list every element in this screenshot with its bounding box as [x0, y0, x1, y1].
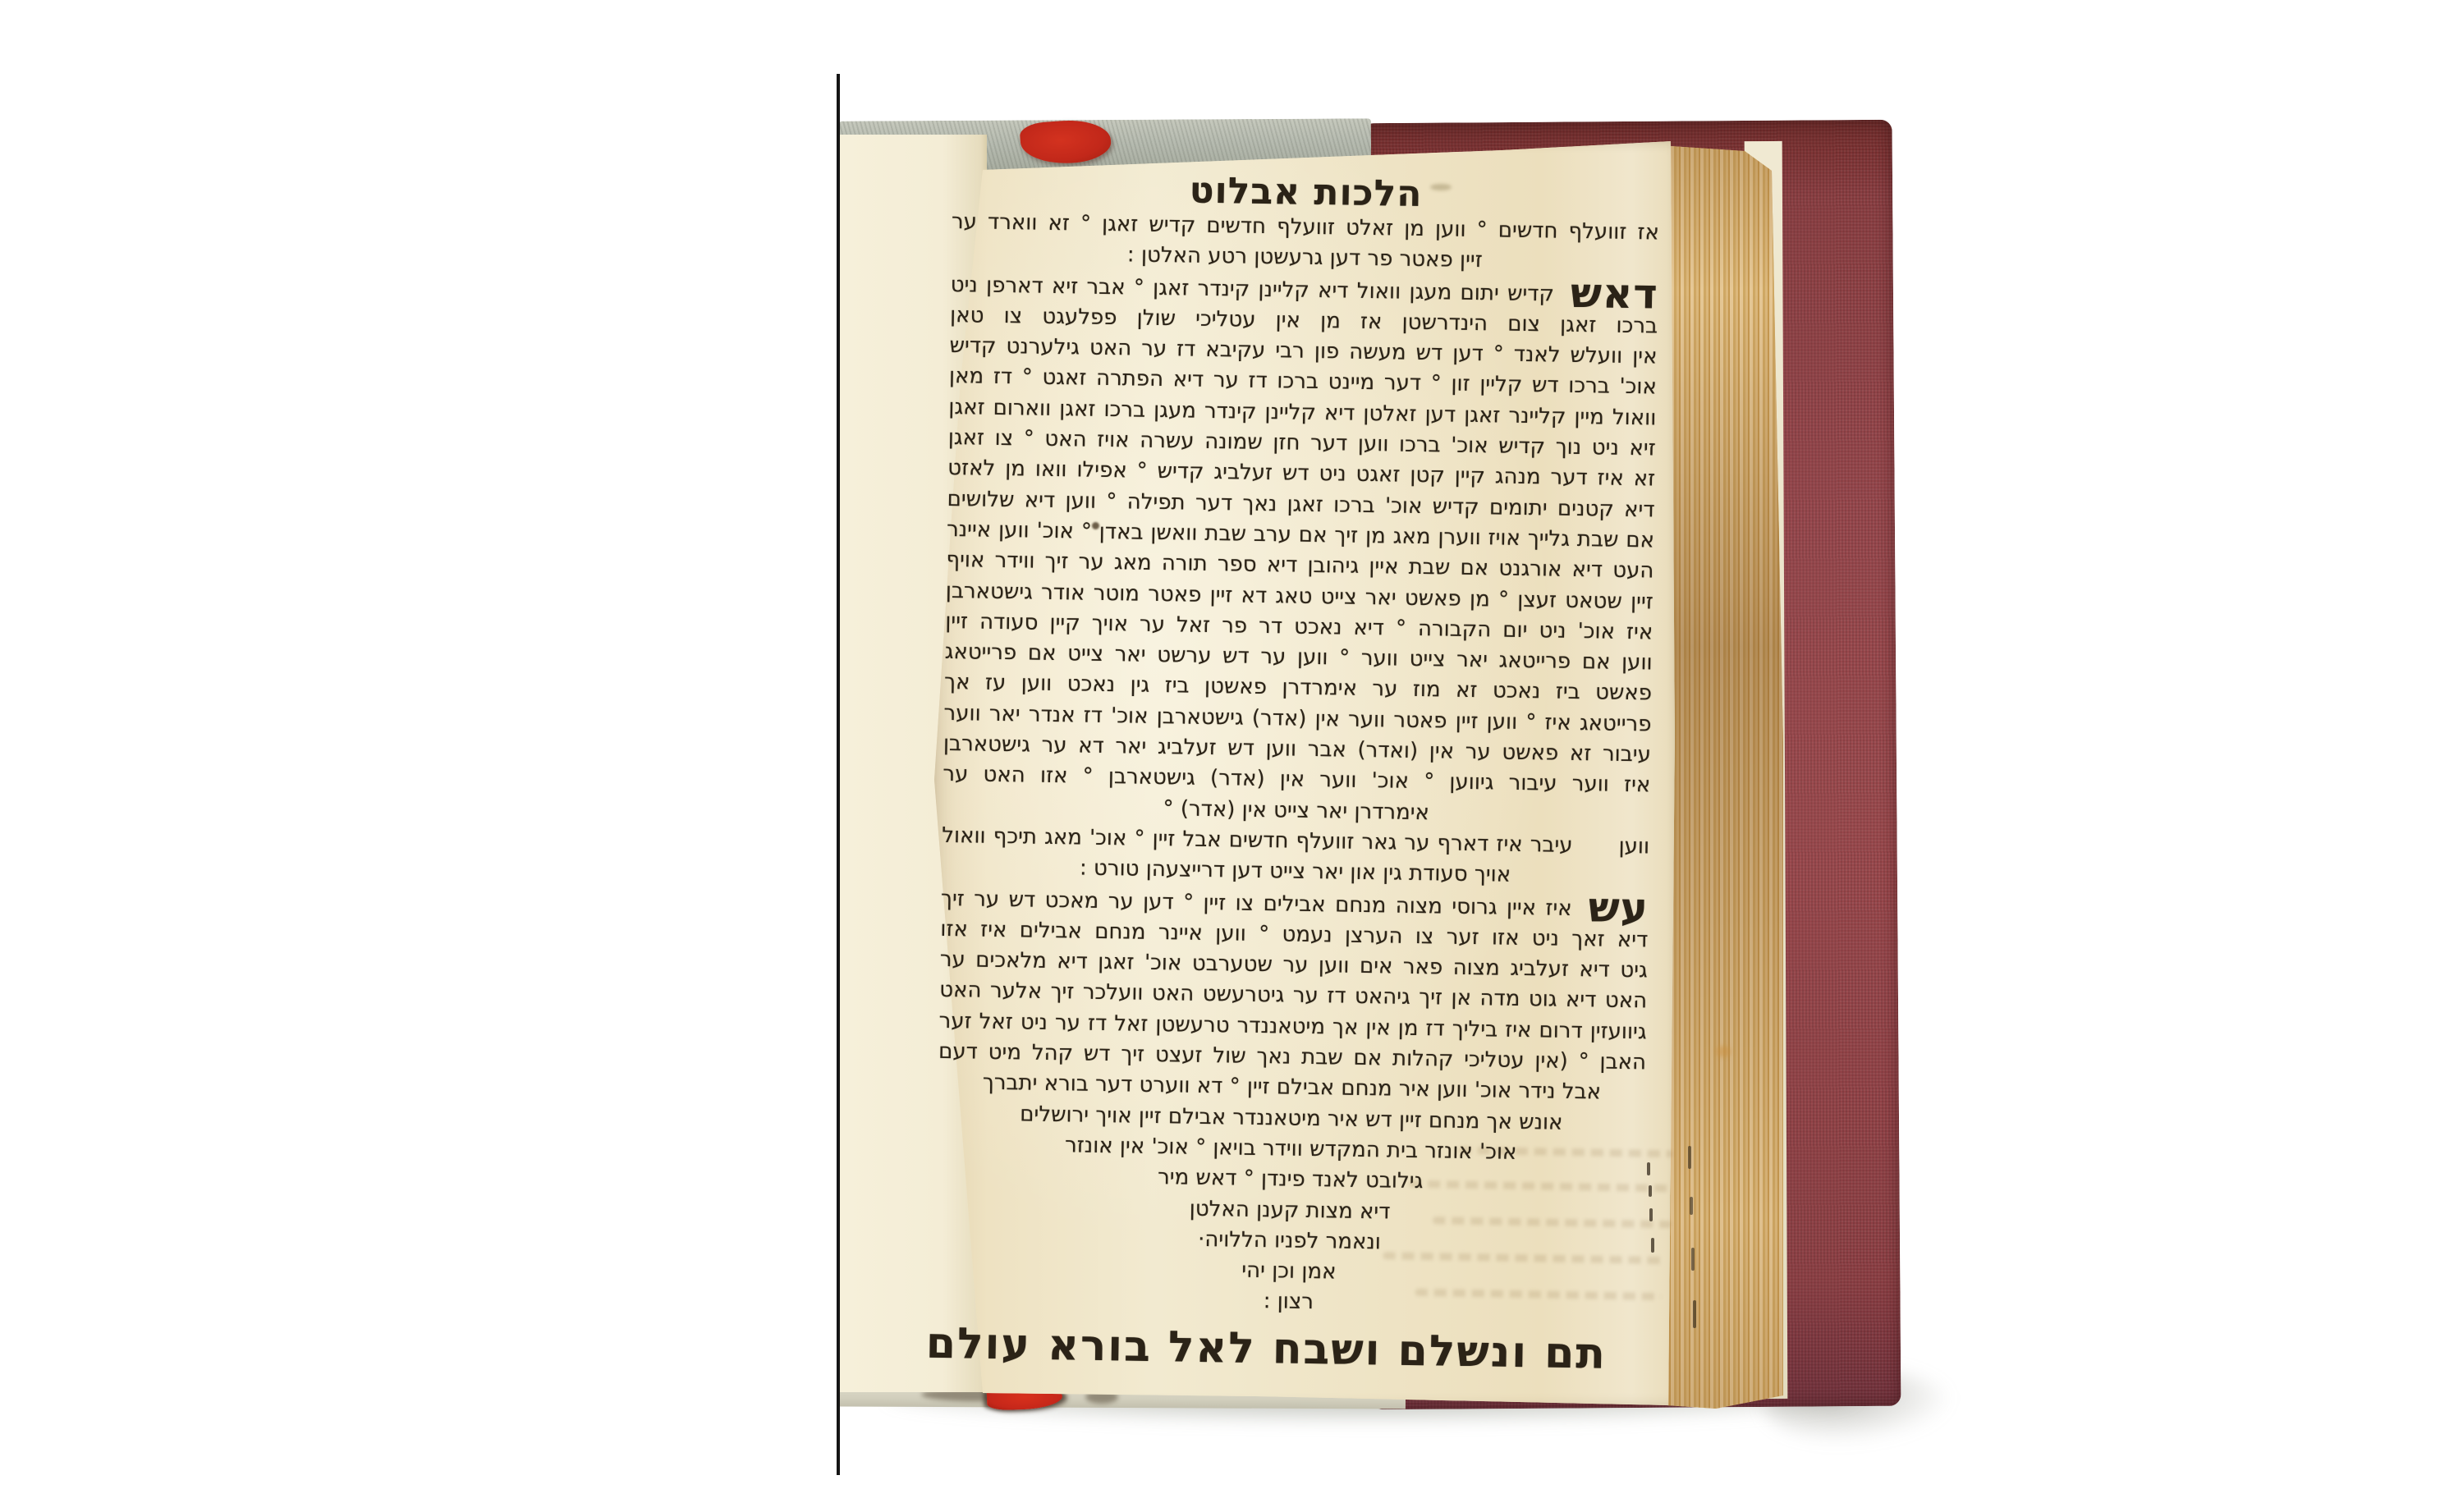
foxing-spot	[1716, 1046, 1731, 1057]
ink-mark	[1651, 1238, 1654, 1253]
fore-edge-ink-mark	[1691, 1248, 1695, 1271]
fore-edge-ink-mark	[1688, 1146, 1691, 1169]
fore-edge-ink-mark	[1690, 1197, 1693, 1215]
photo-canvas: הלכות אבלוט אז זוועלף חדשים ° ווען מן זא…	[0, 0, 2463, 1512]
ink-mark	[1647, 1162, 1650, 1175]
fore-edge-page-stack	[1667, 138, 1786, 1410]
ink-mark	[1649, 1185, 1652, 1197]
colophon-final-line: תם ונשלם ושבח לאל בורא עולם	[912, 1318, 1621, 1379]
ink-mark	[1649, 1208, 1653, 1221]
fore-edge-ink-mark	[1693, 1300, 1696, 1328]
text-lines: אז זוועלף חדשים ° ווען מן זאלט זוועלף חד…	[934, 207, 1659, 1323]
divider-line	[837, 74, 840, 1475]
paragraph-initial-word: ווען	[1618, 834, 1649, 859]
text-block: הלכות אבלוט אז זוועלף חדשים ° ווען מן זא…	[933, 167, 1659, 1409]
